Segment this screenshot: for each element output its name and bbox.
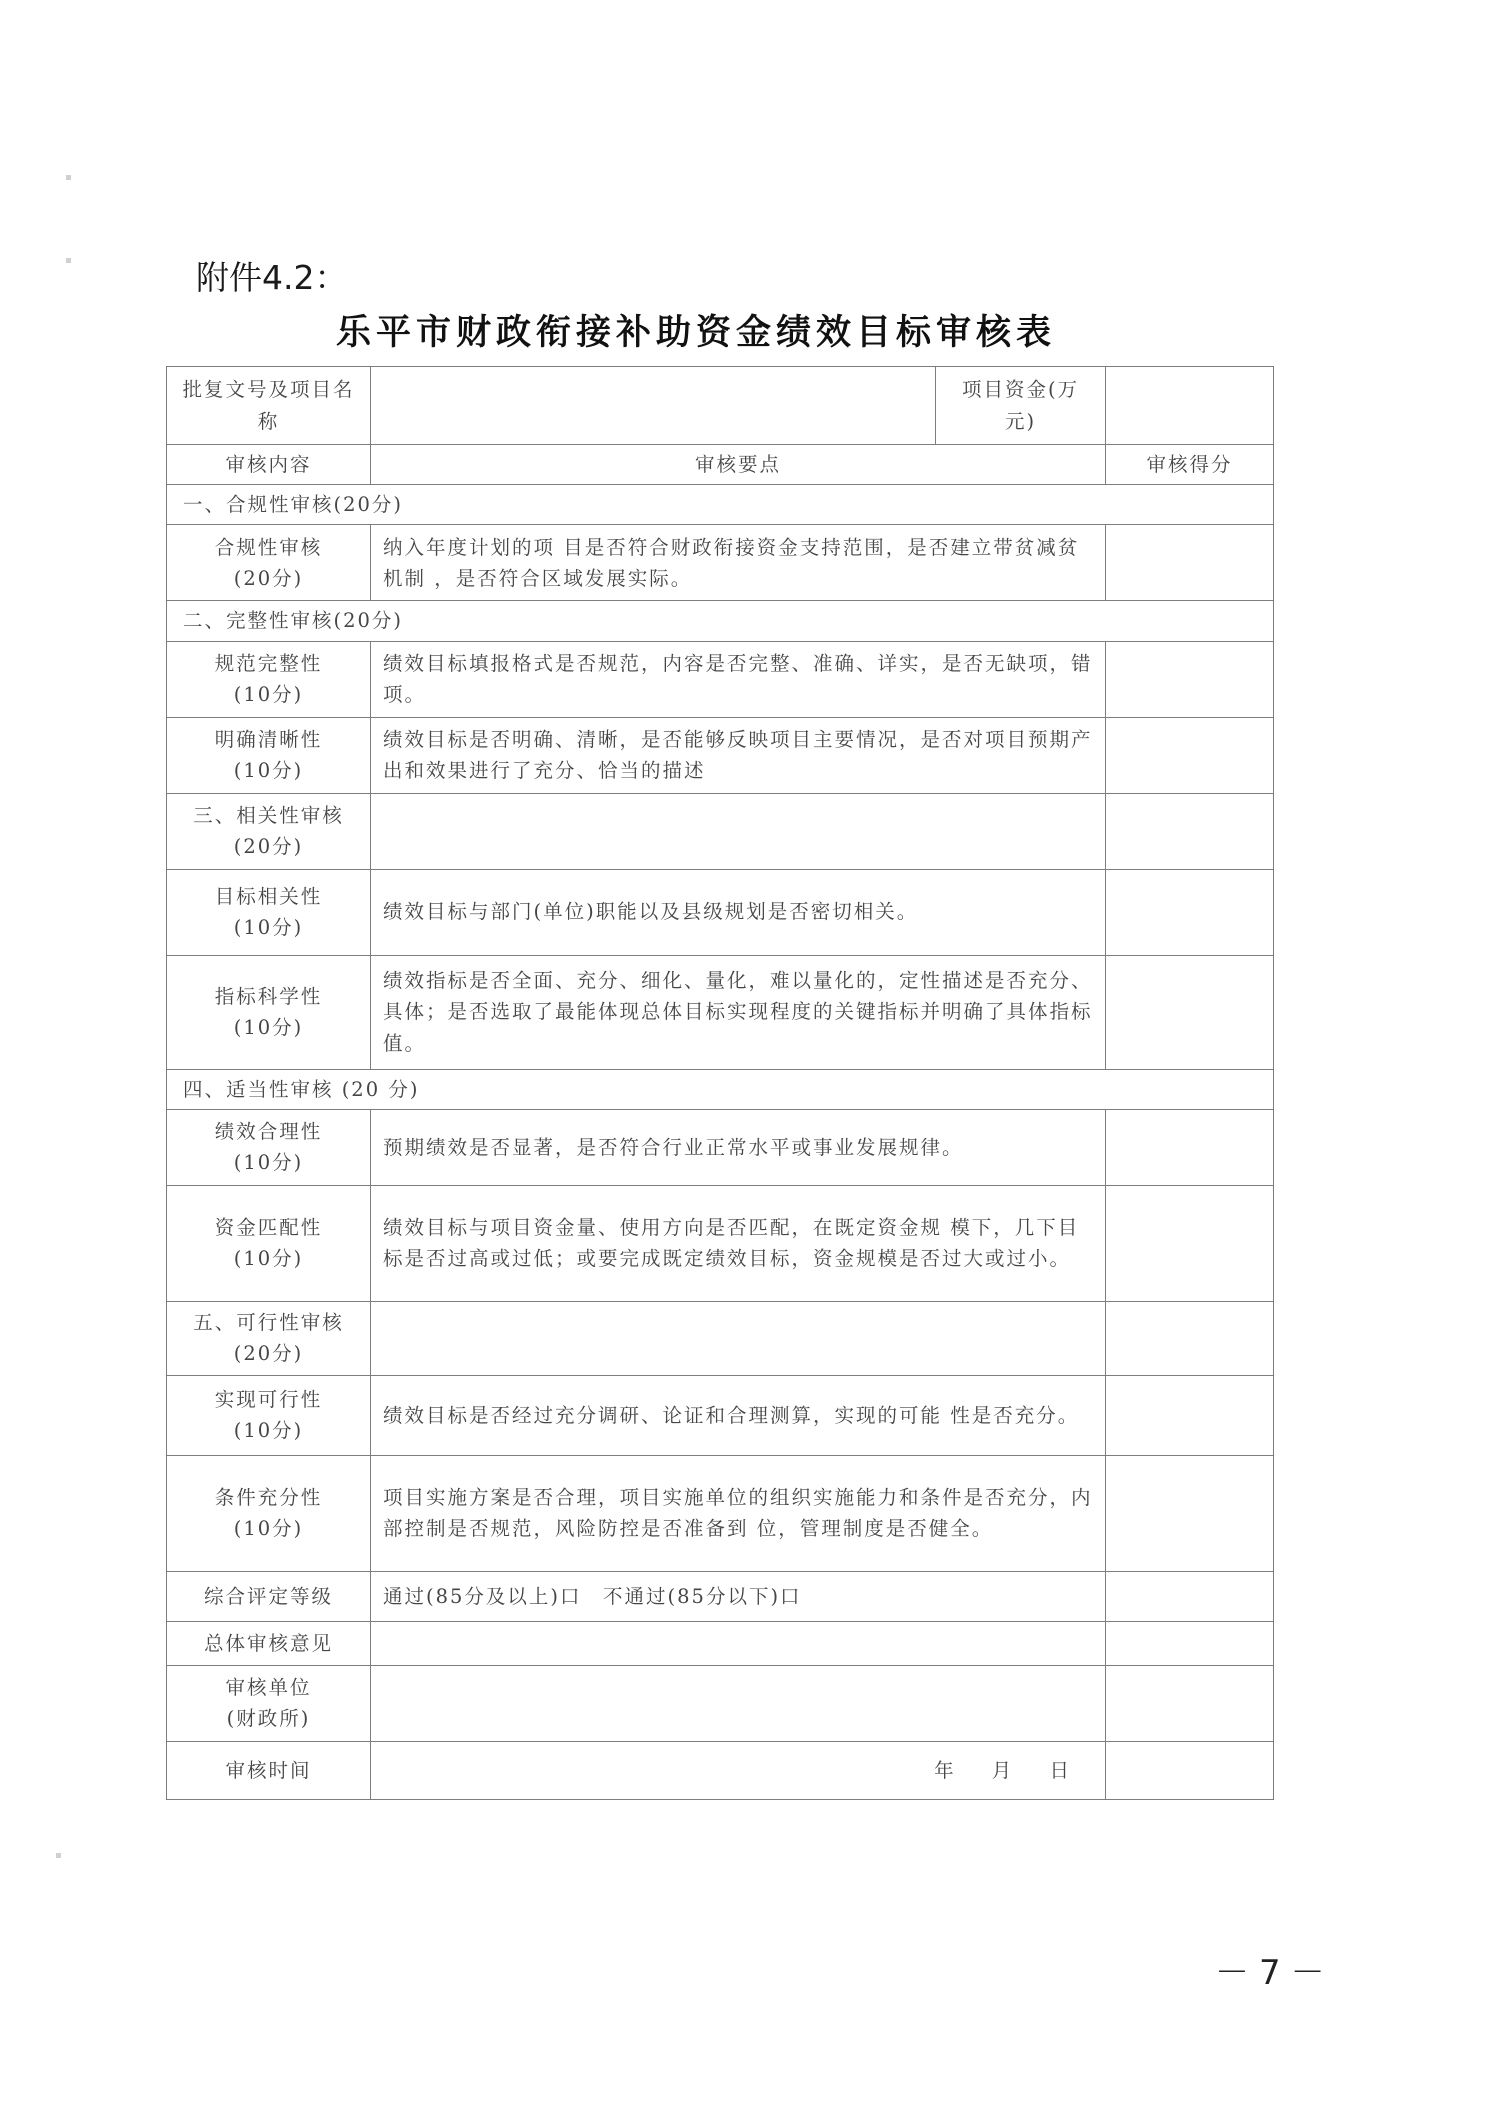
rating-options[interactable]: 通过(85分及以上)口 不通过(85分以下)口	[371, 1571, 1106, 1621]
section-row: 二、完整性审核(20分)	[167, 601, 1274, 641]
table-row: 规范完整性(10分) 绩效目标填报格式是否规范，内容是否完整、准确、详实，是否无…	[167, 641, 1274, 717]
unit-row: 审核单位(财政所)	[167, 1665, 1274, 1741]
time-extra[interactable]	[1106, 1741, 1274, 1799]
time-label: 审核时间	[167, 1741, 371, 1799]
scan-speck	[66, 258, 71, 263]
item-name: 绩效合理性(10分)	[167, 1109, 371, 1185]
table-row: 明确清晰性(10分) 绩效目标是否明确、清晰，是否能够反映项目主要情况，是否对项…	[167, 717, 1274, 793]
attachment-label: 附件4.2：	[196, 252, 347, 299]
section-blank	[371, 1301, 1106, 1375]
score-field[interactable]	[1106, 717, 1274, 793]
score-field[interactable]	[1106, 869, 1274, 955]
item-name: 目标相关性(10分)	[167, 869, 371, 955]
score-field[interactable]	[1106, 641, 1274, 717]
unit-field[interactable]	[371, 1665, 1106, 1741]
opinion-extra[interactable]	[1106, 1621, 1274, 1665]
project-info-row: 批复文号及项目名称 项目资金(万元)	[167, 367, 1274, 445]
page-number: －7－	[1215, 1945, 1335, 1994]
table-row: 条件充分性(10分) 项目实施方案是否合理，项目实施单位的组织实施能力和条件是否…	[167, 1455, 1274, 1571]
item-description: 绩效目标与项目资金量、使用方向是否匹配，在既定资金规 模下，几下目标是否过高或过…	[371, 1185, 1106, 1301]
table-row: 合规性审核(20分) 纳入年度计划的项 目是否符合财政衔接资金支持范围，是否建立…	[167, 525, 1274, 601]
scan-speck	[66, 175, 71, 180]
score-field[interactable]	[1106, 1185, 1274, 1301]
item-description: 绩效目标是否明确、清晰，是否能够反映项目主要情况，是否对项目预期产出和效果进行了…	[371, 717, 1106, 793]
section-title: 二、完整性审核(20分)	[167, 601, 1274, 641]
column-header-row: 审核内容 审核要点 审核得分	[167, 445, 1274, 485]
section-title: 一、合规性审核(20分)	[167, 485, 1274, 525]
item-name: 明确清晰性(10分)	[167, 717, 371, 793]
score-field[interactable]	[1106, 1109, 1274, 1185]
item-description: 绩效指标是否全面、充分、细化、量化，难以量化的，定性描述是否充分、具体；是否选取…	[371, 955, 1106, 1069]
section-title: 四、适当性审核 (20 分)	[167, 1069, 1274, 1109]
rating-score[interactable]	[1106, 1571, 1274, 1621]
item-name: 条件充分性(10分)	[167, 1455, 371, 1571]
item-description: 预期绩效是否显著，是否符合行业正常水平或事业发展规律。	[371, 1109, 1106, 1185]
section-row: 一、合规性审核(20分)	[167, 485, 1274, 525]
table-row: 资金匹配性(10分) 绩效目标与项目资金量、使用方向是否匹配，在既定资金规 模下…	[167, 1185, 1274, 1301]
project-name-field[interactable]	[371, 367, 936, 445]
score-field[interactable]	[1106, 1301, 1274, 1375]
item-description: 绩效目标是否经过充分调研、论证和合理测算，实现的可能 性是否充分。	[371, 1375, 1106, 1455]
date-placeholder: 年 月 日	[383, 1755, 1093, 1786]
item-description: 绩效目标填报格式是否规范，内容是否完整、准确、详实，是否无缺项，错项。	[371, 641, 1106, 717]
table-row: 指标科学性(10分) 绩效指标是否全面、充分、细化、量化，难以量化的，定性描述是…	[167, 955, 1274, 1069]
review-table: 批复文号及项目名称 项目资金(万元) 审核内容 审核要点 审核得分 一、合规性审…	[166, 366, 1274, 1800]
header-content: 审核内容	[167, 445, 371, 485]
section-title: 三、相关性审核(20分)	[167, 793, 371, 869]
project-funds-label: 项目资金(万元)	[936, 367, 1106, 445]
item-name: 指标科学性(10分)	[167, 955, 371, 1069]
header-score: 审核得分	[1106, 445, 1274, 485]
table-row: 实现可行性(10分) 绩效目标是否经过充分调研、论证和合理测算，实现的可能 性是…	[167, 1375, 1274, 1455]
document-title: 乐平市财政衔接补助资金绩效目标审核表	[336, 305, 1056, 355]
item-name: 实现可行性(10分)	[167, 1375, 371, 1455]
table-row: 目标相关性(10分) 绩效目标与部门(单位)职能以及县级规划是否密切相关。	[167, 869, 1274, 955]
opinion-label: 总体审核意见	[167, 1621, 371, 1665]
item-name: 资金匹配性(10分)	[167, 1185, 371, 1301]
item-name: 规范完整性(10分)	[167, 641, 371, 717]
time-field[interactable]: 年 月 日	[371, 1741, 1106, 1799]
score-field[interactable]	[1106, 955, 1274, 1069]
score-field[interactable]	[1106, 1455, 1274, 1571]
score-field[interactable]	[1106, 793, 1274, 869]
opinion-field[interactable]	[371, 1621, 1106, 1665]
score-field[interactable]	[1106, 1375, 1274, 1455]
score-field[interactable]	[1106, 525, 1274, 601]
section-title: 五、可行性审核(20分)	[167, 1301, 371, 1375]
unit-label: 审核单位(财政所)	[167, 1665, 371, 1741]
project-funds-field[interactable]	[1106, 367, 1274, 445]
section-blank	[371, 793, 1106, 869]
section-row: 五、可行性审核(20分)	[167, 1301, 1274, 1375]
item-description: 纳入年度计划的项 目是否符合财政衔接资金支持范围，是否建立带贫减贫机制 ，是否符…	[371, 525, 1106, 601]
rating-label: 综合评定等级	[167, 1571, 371, 1621]
header-points: 审核要点	[371, 445, 1106, 485]
section-row: 四、适当性审核 (20 分)	[167, 1069, 1274, 1109]
time-row: 审核时间 年 月 日	[167, 1741, 1274, 1799]
project-name-label: 批复文号及项目名称	[167, 367, 371, 445]
item-description: 绩效目标与部门(单位)职能以及县级规划是否密切相关。	[371, 869, 1106, 955]
scan-speck	[56, 1853, 61, 1858]
section-row: 三、相关性审核(20分)	[167, 793, 1274, 869]
unit-extra[interactable]	[1106, 1665, 1274, 1741]
item-description: 项目实施方案是否合理，项目实施单位的组织实施能力和条件是否充分，内部控制是否规范…	[371, 1455, 1106, 1571]
table-row: 绩效合理性(10分) 预期绩效是否显著，是否符合行业正常水平或事业发展规律。	[167, 1109, 1274, 1185]
item-name: 合规性审核(20分)	[167, 525, 371, 601]
opinion-row: 总体审核意见	[167, 1621, 1274, 1665]
rating-row: 综合评定等级 通过(85分及以上)口 不通过(85分以下)口	[167, 1571, 1274, 1621]
